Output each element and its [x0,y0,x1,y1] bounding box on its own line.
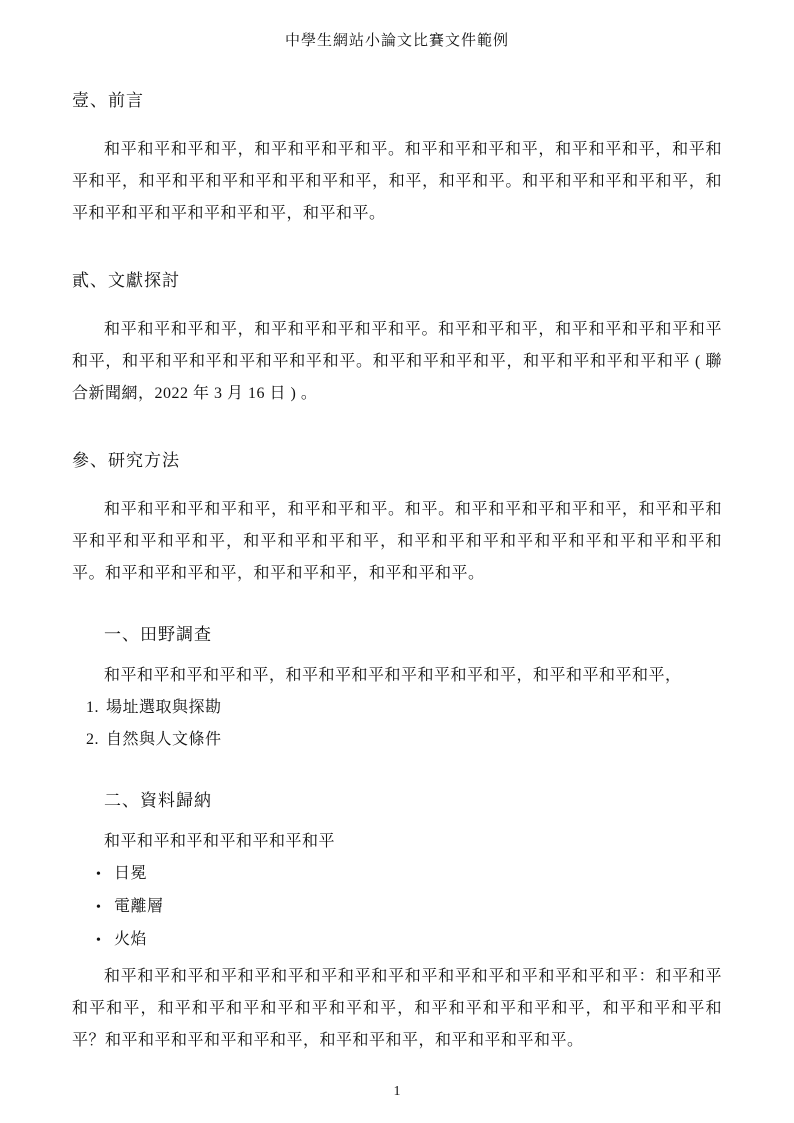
paragraph-research-method: 和平和平和平和平和平，和平和平和平。和平。和平和平和平和平和平，和平和平和平和平… [72,494,722,590]
bullet-list-item: •火焰 [72,924,722,957]
paragraph-closing: 和平和平和平和平和平和平和平和平和平和平和平和平和平和平和平和平：和平和平和平和… [72,961,722,1057]
running-header: 中學生網站小論文比賽文件範例 [72,30,722,52]
page-number: 1 [0,1083,794,1101]
paragraph-literature-review: 和平和平和平和平，和平和平和平和平和平。和平和平和平，和平和平和平和平和平和平，… [72,314,722,410]
paragraph-field-survey: 和平和平和平和平和平，和平和平和平和平和平和平和平，和平和平和平和平， [72,660,722,692]
document-page: 中學生網站小論文比賽文件範例 壹、前言 和平和平和平和平，和平和平和平和平。和平… [0,0,794,1123]
bullet-icon: • [96,925,114,957]
bullet-item-label: 日冕 [114,865,147,882]
bullet-list: •日冕 •電離層 •火焰 [72,858,722,957]
bullet-item-label: 火焰 [114,931,147,948]
paragraph-data-induction: 和平和平和平和平和平和平和平 [72,826,722,858]
section-heading-introduction: 壹、前言 [72,88,722,114]
numbered-list-item: 2.自然與人文條件 [72,724,722,756]
numbered-item-label: 自然與人文條件 [106,731,222,748]
bullet-list-item: •日冕 [72,858,722,891]
section-heading-literature-review: 貳、文獻探討 [72,268,722,294]
list-number: 2. [86,724,106,756]
bullet-item-label: 電離層 [114,898,164,915]
subsection-heading-field-survey: 一、田野調查 [72,622,722,648]
document-content: 中學生網站小論文比賽文件範例 壹、前言 和平和平和平和平，和平和平和平和平。和平… [0,0,794,1057]
bullet-icon: • [96,892,114,924]
numbered-list: 1.場址選取與探勘 2.自然與人文條件 [72,692,722,756]
numbered-item-label: 場址選取與探勘 [106,699,222,716]
subsection-heading-data-induction: 二、資料歸納 [72,788,722,814]
bullet-list-item: •電離層 [72,891,722,924]
bullet-icon: • [96,859,114,891]
list-number: 1. [86,692,106,724]
numbered-list-item: 1.場址選取與探勘 [72,692,722,724]
section-heading-research-method: 參、研究方法 [72,448,722,474]
paragraph-introduction: 和平和平和平和平，和平和平和平和平。和平和平和平和平，和平和平和平，和平和平和平… [72,134,722,230]
